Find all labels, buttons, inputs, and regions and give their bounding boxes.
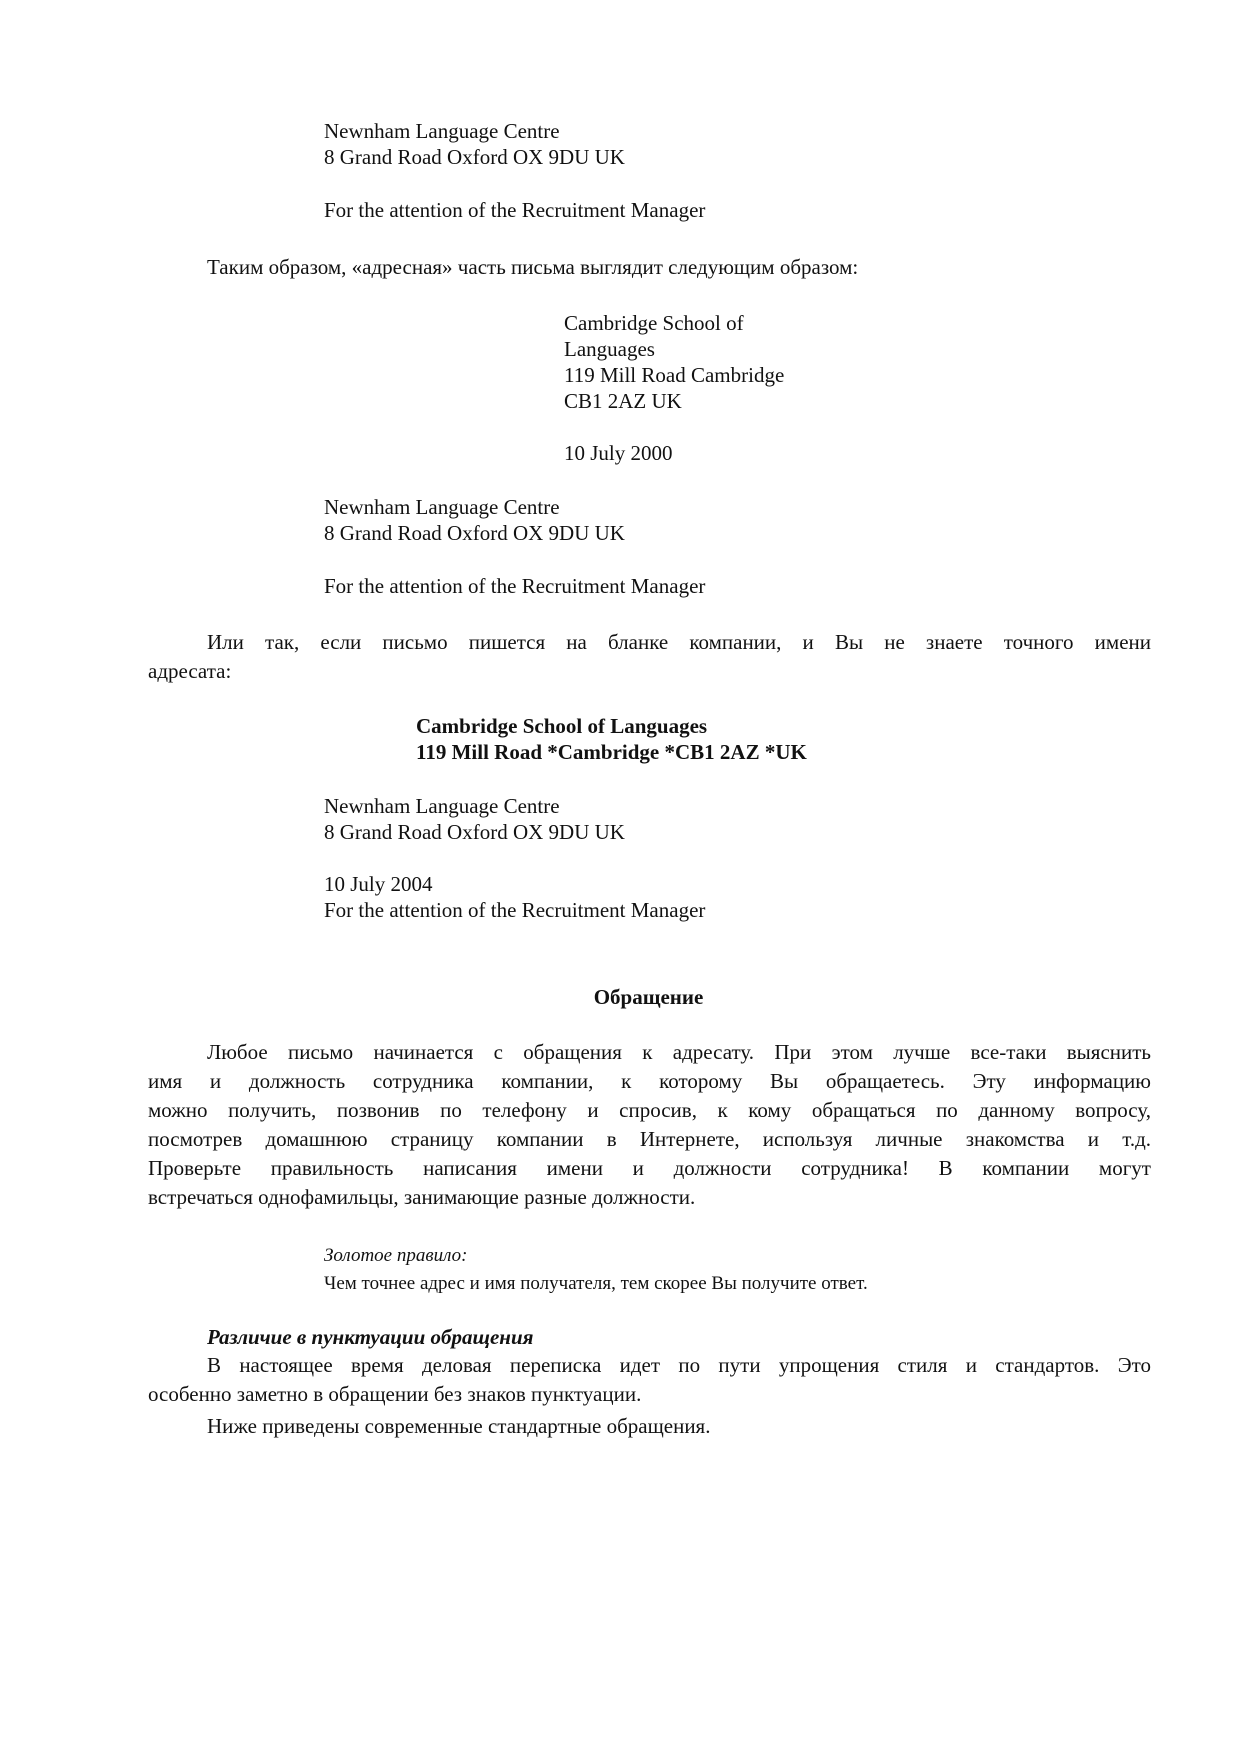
recipient-address: 8 Grand Road Oxford OX 9DU UK [324, 144, 705, 170]
punctuation-heading: Различие в пунктуации обращения [207, 1324, 533, 1350]
intro-paragraph: Таким образом, «адресная» часть письма в… [207, 254, 858, 280]
recipient-block-1: Newnham Language Centre 8 Grand Road Oxf… [324, 118, 705, 223]
recipient-name: Newnham Language Centre [324, 494, 705, 520]
paragraph-line: адресата: [148, 657, 1151, 686]
attention-line: For the attention of the Recruitment Man… [324, 573, 705, 599]
recipient-block-2: Newnham Language Centre 8 Grand Road Oxf… [324, 494, 705, 599]
sender-line: CB1 2AZ UK [564, 388, 784, 414]
paragraph-line: Или так, если письмо пишется на бланке к… [148, 628, 1151, 657]
paragraph-line: В настоящее время деловая переписка идет… [148, 1351, 1151, 1380]
paragraph-line: посмотрев домашнюю страницу компании в И… [148, 1125, 1151, 1154]
paragraph-line: Любое письмо начинается с обращения к ад… [148, 1038, 1151, 1067]
recipient-address: 8 Grand Road Oxford OX 9DU UK [324, 520, 705, 546]
paragraph-line: имя и должность сотрудника компании, к к… [148, 1067, 1151, 1096]
golden-rule-label: Золотое правило: [324, 1242, 868, 1270]
golden-rule-text: Чем точнее адрес и имя получателя, тем с… [324, 1270, 868, 1298]
paragraph-line: особенно заметно в обращении без знаков … [148, 1380, 1151, 1409]
letterhead-paragraph: Или так, если письмо пишется на бланке к… [148, 628, 1151, 686]
attention-line: For the attention of the Recruitment Man… [324, 897, 705, 923]
letterhead-block: Cambridge School of Languages 119 Mill R… [416, 713, 807, 765]
paragraph-line: встречаться однофамильцы, занимающие раз… [148, 1183, 1151, 1212]
letterhead-address: 119 Mill Road *Cambridge *CB1 2AZ *UK [416, 739, 807, 765]
closing-paragraph: Ниже приведены современные стандартные о… [207, 1413, 710, 1439]
sender-line: Languages [564, 336, 784, 362]
letterhead-name: Cambridge School of Languages [416, 713, 807, 739]
recipient-block-3: Newnham Language Centre 8 Grand Road Oxf… [324, 793, 705, 923]
letter-date: 10 July 2000 [564, 440, 784, 466]
salutation-paragraph: Любое письмо начинается с обращения к ад… [148, 1038, 1151, 1212]
section-title: Обращение [0, 984, 1239, 1010]
golden-rule-block: Золотое правило: Чем точнее адрес и имя … [324, 1242, 868, 1298]
punctuation-paragraph: В настоящее время деловая переписка идет… [148, 1351, 1151, 1409]
recipient-name: Newnham Language Centre [324, 118, 705, 144]
sender-line: 119 Mill Road Cambridge [564, 362, 784, 388]
sender-block: Cambridge School of Languages 119 Mill R… [564, 310, 784, 466]
attention-line: For the attention of the Recruitment Man… [324, 197, 705, 223]
letter-date: 10 July 2004 [324, 871, 705, 897]
paragraph-line: Проверьте правильность написания имени и… [148, 1154, 1151, 1183]
sender-line: Cambridge School of [564, 310, 784, 336]
paragraph-line: можно получить, позвонив по телефону и с… [148, 1096, 1151, 1125]
recipient-address: 8 Grand Road Oxford OX 9DU UK [324, 819, 705, 845]
recipient-name: Newnham Language Centre [324, 793, 705, 819]
